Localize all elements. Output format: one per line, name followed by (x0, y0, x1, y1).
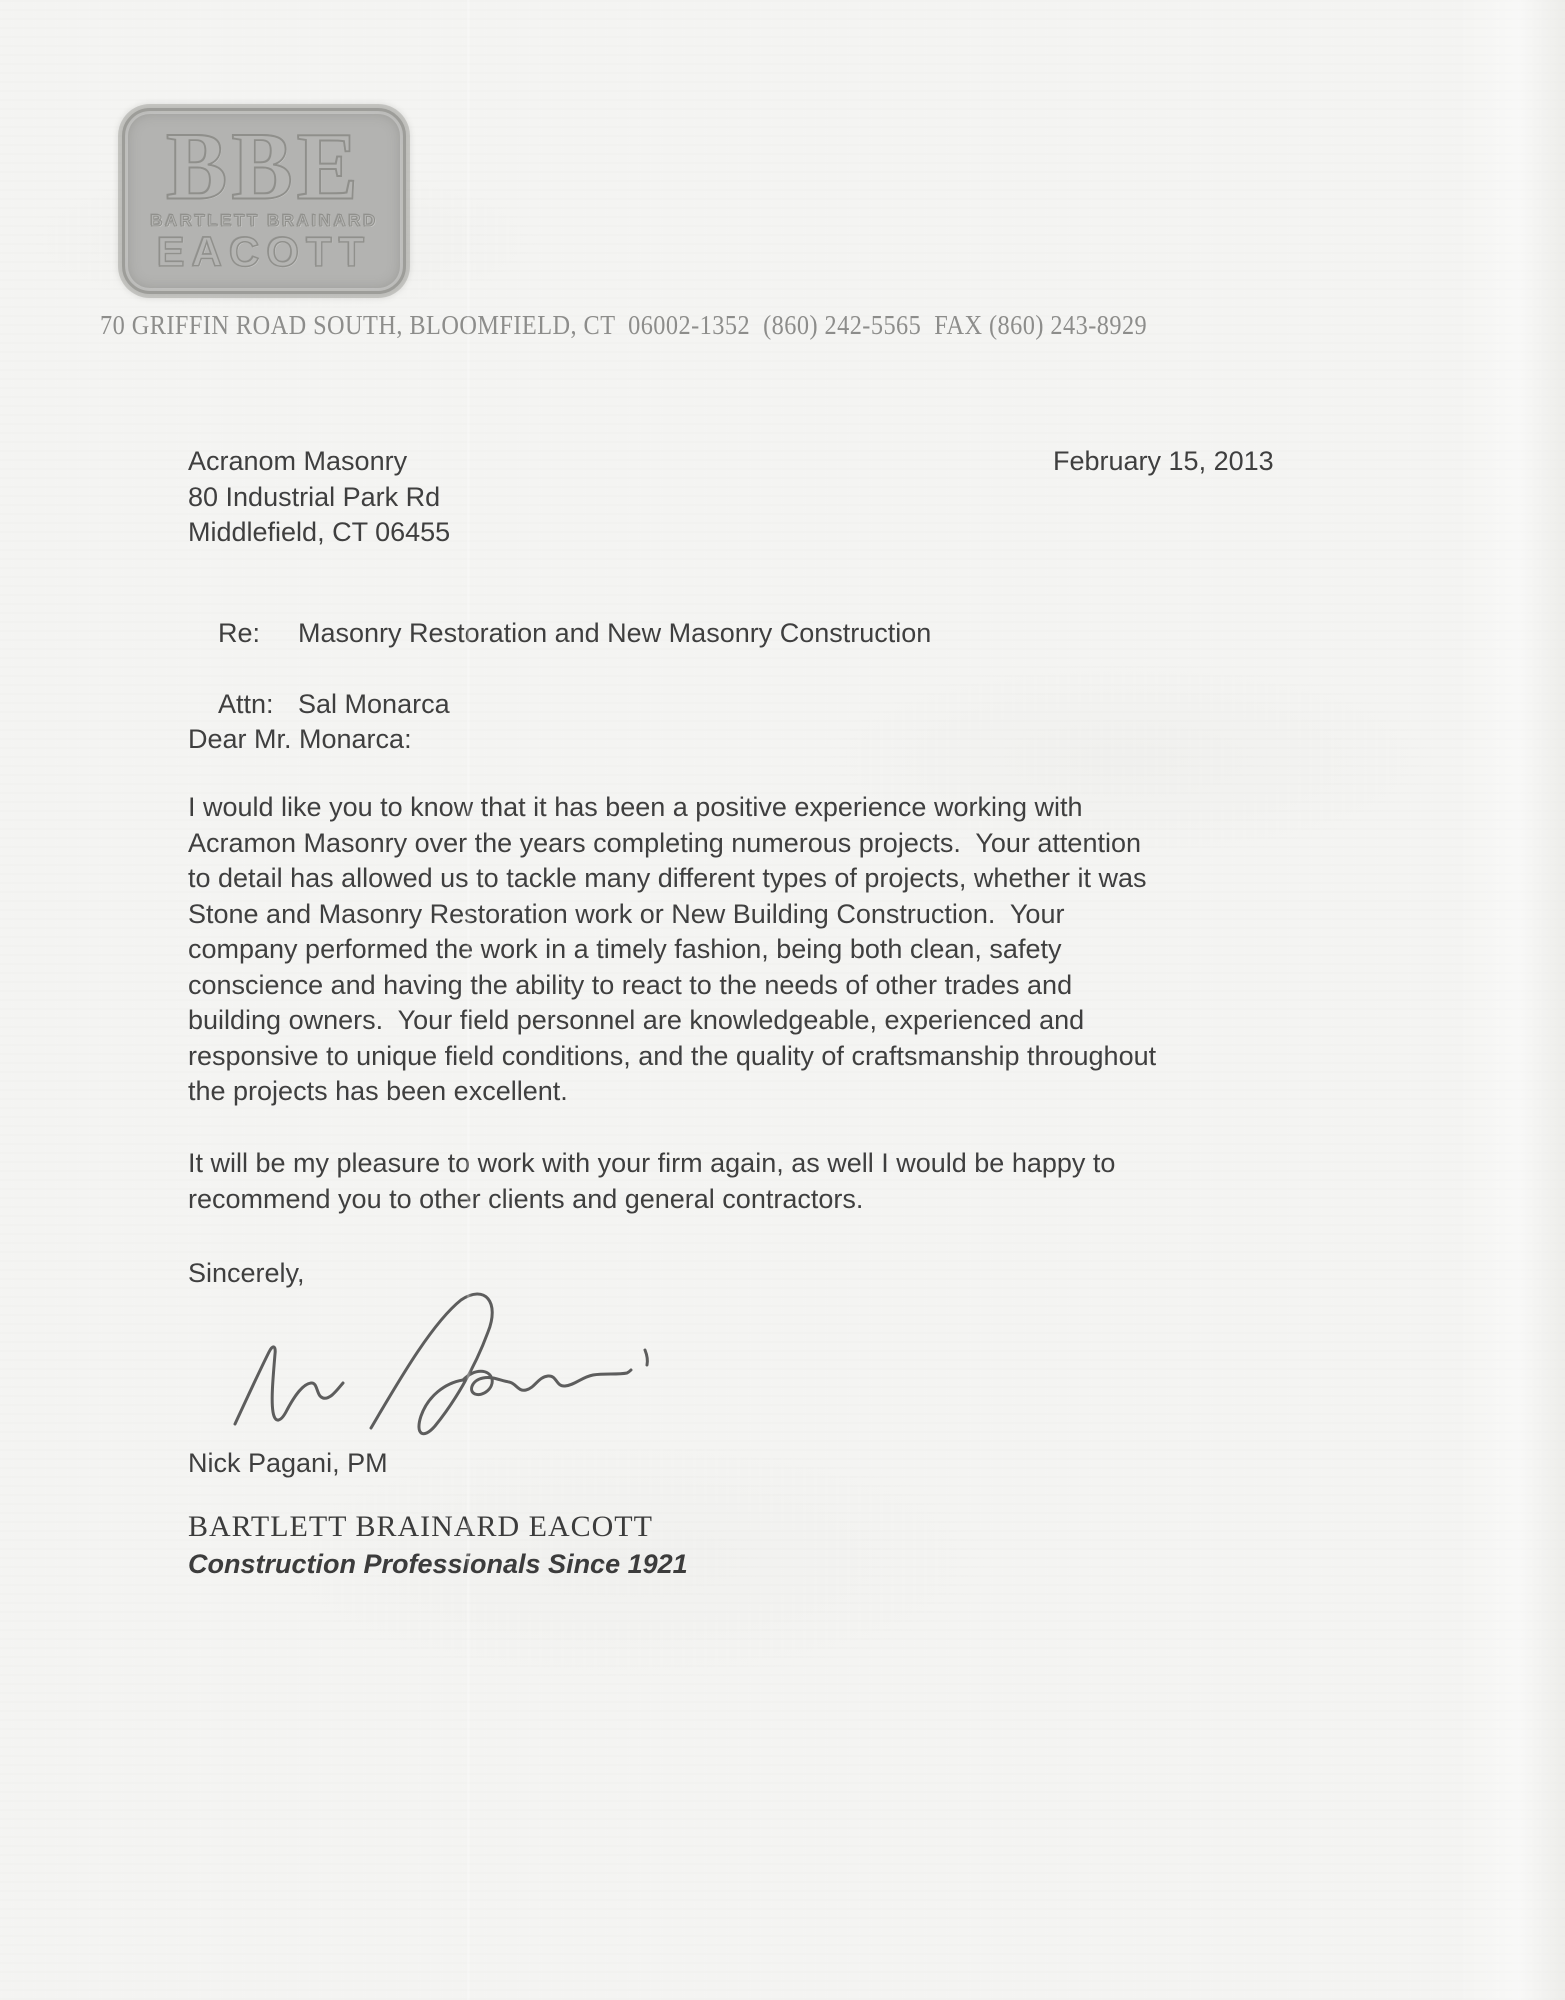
attn-label: Attn: (218, 687, 298, 723)
re-label: Re: (218, 616, 298, 652)
re-value: Masonry Restoration and New Masonry Cons… (298, 618, 931, 648)
recipient-address-block: Acranom Masonry 80 Industrial Park Rd Mi… (188, 444, 450, 551)
signature-stroke-agan (463, 1370, 631, 1395)
attn-value: Sal Monarca (298, 689, 450, 719)
signature-stroke-loop (371, 1294, 492, 1434)
scanned-letter-page: BBE BARTLETT BRAINARD EACOTT 70 GRIFFIN … (0, 0, 1565, 2000)
letter-date: February 15, 2013 (1053, 444, 1274, 480)
company-name: BARTLETT BRAINARD EACOTT (188, 1510, 653, 1544)
signature-stroke-nick (235, 1347, 343, 1424)
letterhead-address-line: 70 GRIFFIN ROAD SOUTH, BLOOMFIELD, CT 06… (100, 310, 1147, 341)
body-paragraph-1: I would like you to know that it has bee… (188, 790, 1156, 1110)
signer-name-line: Nick Pagani, PM (188, 1446, 388, 1482)
logo-eacott-text: EACOTT (157, 231, 372, 273)
logo-acronym-text: BBE (166, 127, 362, 206)
body-paragraph-2: It will be my pleasure to work with your… (188, 1146, 1115, 1217)
company-tagline: Construction Professionals Since 1921 (188, 1549, 688, 1580)
handwritten-signature (225, 1286, 665, 1448)
signature-stroke-tick (645, 1350, 647, 1365)
bbe-company-logo: BBE BARTLETT BRAINARD EACOTT (122, 108, 406, 294)
salutation: Dear Mr. Monarca: (188, 722, 412, 758)
